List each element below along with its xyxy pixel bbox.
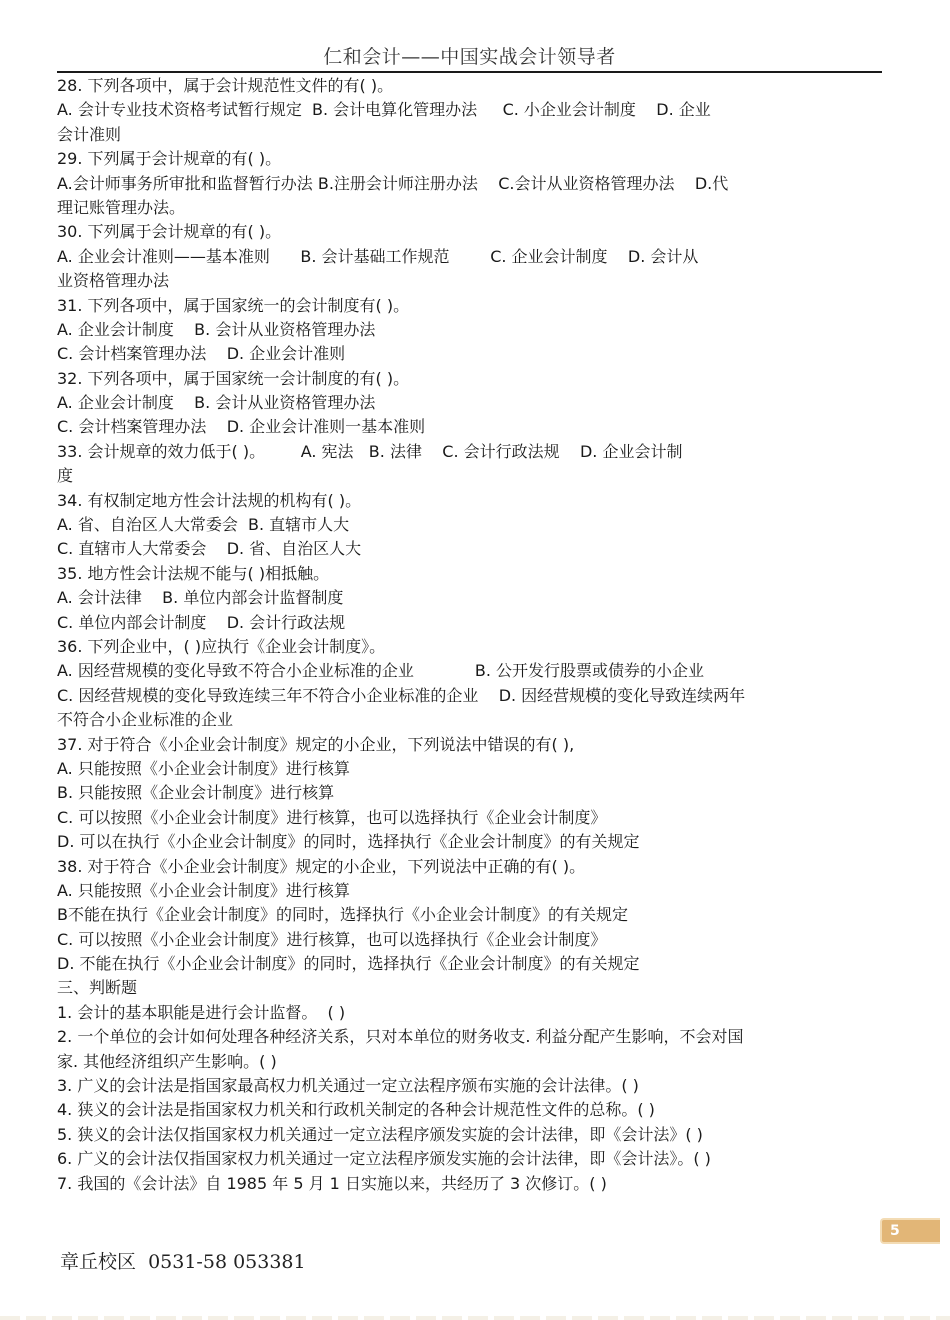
question-29: 29. 下列属于会计规章的有( )。	[57, 147, 882, 171]
question-28-options-cont: 会计准则	[57, 123, 882, 147]
question-38-option-b: B不能在执行《企业会计制度》的同时，选择执行《小企业会计制度》的有关规定	[57, 903, 882, 927]
tf-question-2: 2. 一个单位的会计如何处理各种经济关系，只对本单位的财务收支. 利益分配产生影…	[57, 1025, 882, 1049]
question-38: 38. 对于符合《小企业会计制度》规定的小企业，下列说法中正确的有( )。	[57, 855, 882, 879]
question-33: 33. 会计规章的效力低于( )。 A. 宪法 B. 法律 C. 会计行政法规 …	[57, 440, 882, 464]
question-29-options-cont: 理记账管理办法。	[57, 196, 882, 220]
question-38-option-c: C. 可以按照《小企业会计制度》进行核算，也可以选择执行《企业会计制度》	[57, 928, 882, 952]
tf-question-4: 4. 狭义的会计法是指国家权力机关和行政机关制定的各种会计规范性文件的总称。( …	[57, 1098, 882, 1122]
tf-question-5: 5. 狭义的会计法仅指国家权力机关通过一定立法程序颁发实旋的会计法律，即《会计法…	[57, 1123, 882, 1147]
footer-contact: 章丘校区 0531-58 053381	[60, 1248, 306, 1276]
question-37: 37. 对于符合《小企业会计制度》规定的小企业，下列说法中错误的有( ),	[57, 733, 882, 757]
page-header-title: 仁和会计——中国实战会计领导者	[57, 44, 882, 70]
question-38-option-a: A. 只能按照《小企业会计制度》进行核算	[57, 879, 882, 903]
tf-question-3: 3. 广义的会计法是指国家最高权力机关通过一定立法程序颁布实施的会计法律。( )	[57, 1074, 882, 1098]
question-30-options-cont: 业资格管理办法	[57, 269, 882, 293]
question-37-option-a: A. 只能按照《小企业会计制度》进行核算	[57, 757, 882, 781]
question-34: 34. 有权制定地方性会计法规的机构有( )。	[57, 489, 882, 513]
tf-question-7: 7. 我国的《会计法》自 1985 年 5 月 1 日实施以来，共经历了 3 次…	[57, 1172, 882, 1196]
question-28-options: A. 会计专业技术资格考试暂行规定 B. 会计电算化管理办法 C. 小企业会计制…	[57, 98, 882, 122]
question-35-options-cd: C. 单位内部会计制度 D. 会计行政法规	[57, 611, 882, 635]
question-33-options-cont: 度	[57, 464, 882, 488]
question-31-options-cd: C. 会计档案管理办法 D. 企业会计准则	[57, 342, 882, 366]
header-divider	[57, 71, 882, 73]
document-body: 28. 下列各项中，属于会计规范性文件的有( )。 A. 会计专业技术资格考试暂…	[57, 74, 882, 1196]
question-38-option-d: D. 不能在执行《小企业会计制度》的同时，选择执行《企业会计制度》的有关规定	[57, 952, 882, 976]
question-34-options-cd: C. 直辖市人大常委会 D. 省、自治区人大	[57, 537, 882, 561]
question-36-options-cd: C. 因经营规模的变化导致连续三年不符合小企业标准的企业 D. 因经营规模的变化…	[57, 684, 882, 708]
question-35: 35. 地方性会计法规不能与( )相抵触。	[57, 562, 882, 586]
question-37-option-b: B. 只能按照《企业会计制度》进行核算	[57, 781, 882, 805]
question-34-options-ab: A. 省、自治区人大常委会 B. 直辖市人大	[57, 513, 882, 537]
question-36-options-ab: A. 因经营规模的变化导致不符合小企业标准的企业 B. 公开发行股票或债券的小企…	[57, 659, 882, 683]
tf-question-2-cont: 家. 其他经济组织产生影响。( )	[57, 1050, 882, 1074]
question-32-options-ab: A. 企业会计制度 B. 会计从业资格管理办法	[57, 391, 882, 415]
question-31: 31. 下列各项中，属于国家统一的会计制度有( )。	[57, 294, 882, 318]
question-31-options-ab: A. 企业会计制度 B. 会计从业资格管理办法	[57, 318, 882, 342]
question-28: 28. 下列各项中，属于会计规范性文件的有( )。	[57, 74, 882, 98]
page-bottom-edge	[0, 1316, 950, 1320]
section-title-true-false: 三、判断题	[57, 976, 882, 1000]
page-number-badge: 5	[880, 1218, 940, 1244]
question-29-options: A.会计师事务所审批和监督暂行办法 B.注册会计师注册办法 C.会计从业资格管理…	[57, 172, 882, 196]
question-37-option-d: D. 可以在执行《小企业会计制度》的同时，选择执行《企业会计制度》的有关规定	[57, 830, 882, 854]
tf-question-1: 1. 会计的基本职能是进行会计监督。 ( )	[57, 1001, 882, 1025]
question-30: 30. 下列属于会计规章的有( )。	[57, 220, 882, 244]
question-35-options-ab: A. 会计法律 B. 单位内部会计监督制度	[57, 586, 882, 610]
question-36-options-cont: 不符合小企业标准的企业	[57, 708, 882, 732]
tf-question-6: 6. 广义的会计法仅指国家权力机关通过一定立法程序颁发实施的会计法律，即《会计法…	[57, 1147, 882, 1171]
question-36: 36. 下列企业中，( )应执行《企业会计制度》。	[57, 635, 882, 659]
question-37-option-c: C. 可以按照《小企业会计制度》进行核算，也可以选择执行《企业会计制度》	[57, 806, 882, 830]
question-32-options-cd: C. 会计档案管理办法 D. 企业会计准则一基本准则	[57, 415, 882, 439]
question-30-options: A. 企业会计准则——基本准则 B. 会计基础工作规范 C. 企业会计制度 D.…	[57, 245, 882, 269]
question-32: 32. 下列各项中，属于国家统一会计制度的有( )。	[57, 367, 882, 391]
